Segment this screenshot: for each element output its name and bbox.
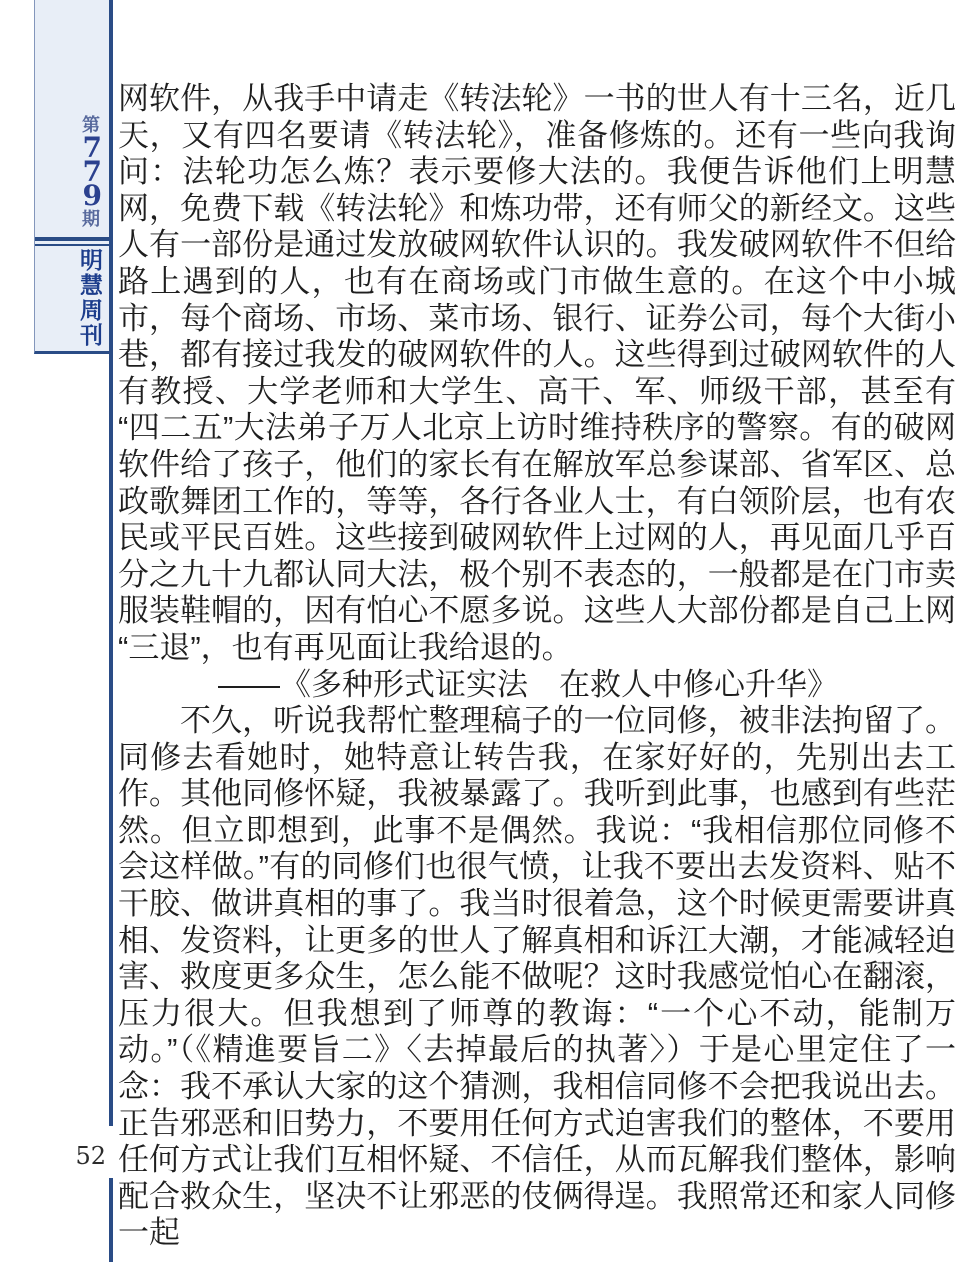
masthead-char: 明: [80, 249, 103, 273]
masthead-char: 刊: [80, 324, 103, 348]
masthead-char: 慧: [80, 274, 103, 298]
divider-thick-rule: [35, 237, 110, 241]
masthead-title: 明 慧 周 刊: [35, 246, 110, 351]
column-rule-bottom: [109, 1178, 113, 1262]
column-rule-top: [109, 0, 113, 1126]
double-rule-divider: [35, 237, 110, 246]
page-number: 52: [58, 1142, 106, 1170]
masthead-char: 周: [80, 299, 103, 323]
source-attribution: ——《多种形式证实法 在救人中修心升华》: [118, 667, 956, 704]
paragraph-new: 不久，听说我帮忙整理稿子的一位同修，被非法拘留了。同修去看她时，她特意让转告我，…: [118, 703, 956, 1252]
issue-number-block: 第 7 7 9 期: [35, 0, 110, 237]
article-body: 网软件，从我手中请走《转法轮》一书的世人有十三名，近几天，又有四名要请《转法轮》…: [118, 81, 956, 1252]
issue-masthead-box: 第 7 7 9 期 明 慧 周 刊: [34, 0, 110, 354]
paragraph-continuation: 网软件，从我手中请走《转法轮》一书的世人有十三名，近几天，又有四名要请《转法轮》…: [118, 81, 956, 667]
issue-suffix-label: 期: [82, 208, 100, 230]
issue-digit: 9: [83, 184, 102, 208]
magazine-page: 第 7 7 9 期 明 慧 周 刊 52 网软件，从我手中请走《转法轮》一书的世…: [0, 0, 978, 1265]
